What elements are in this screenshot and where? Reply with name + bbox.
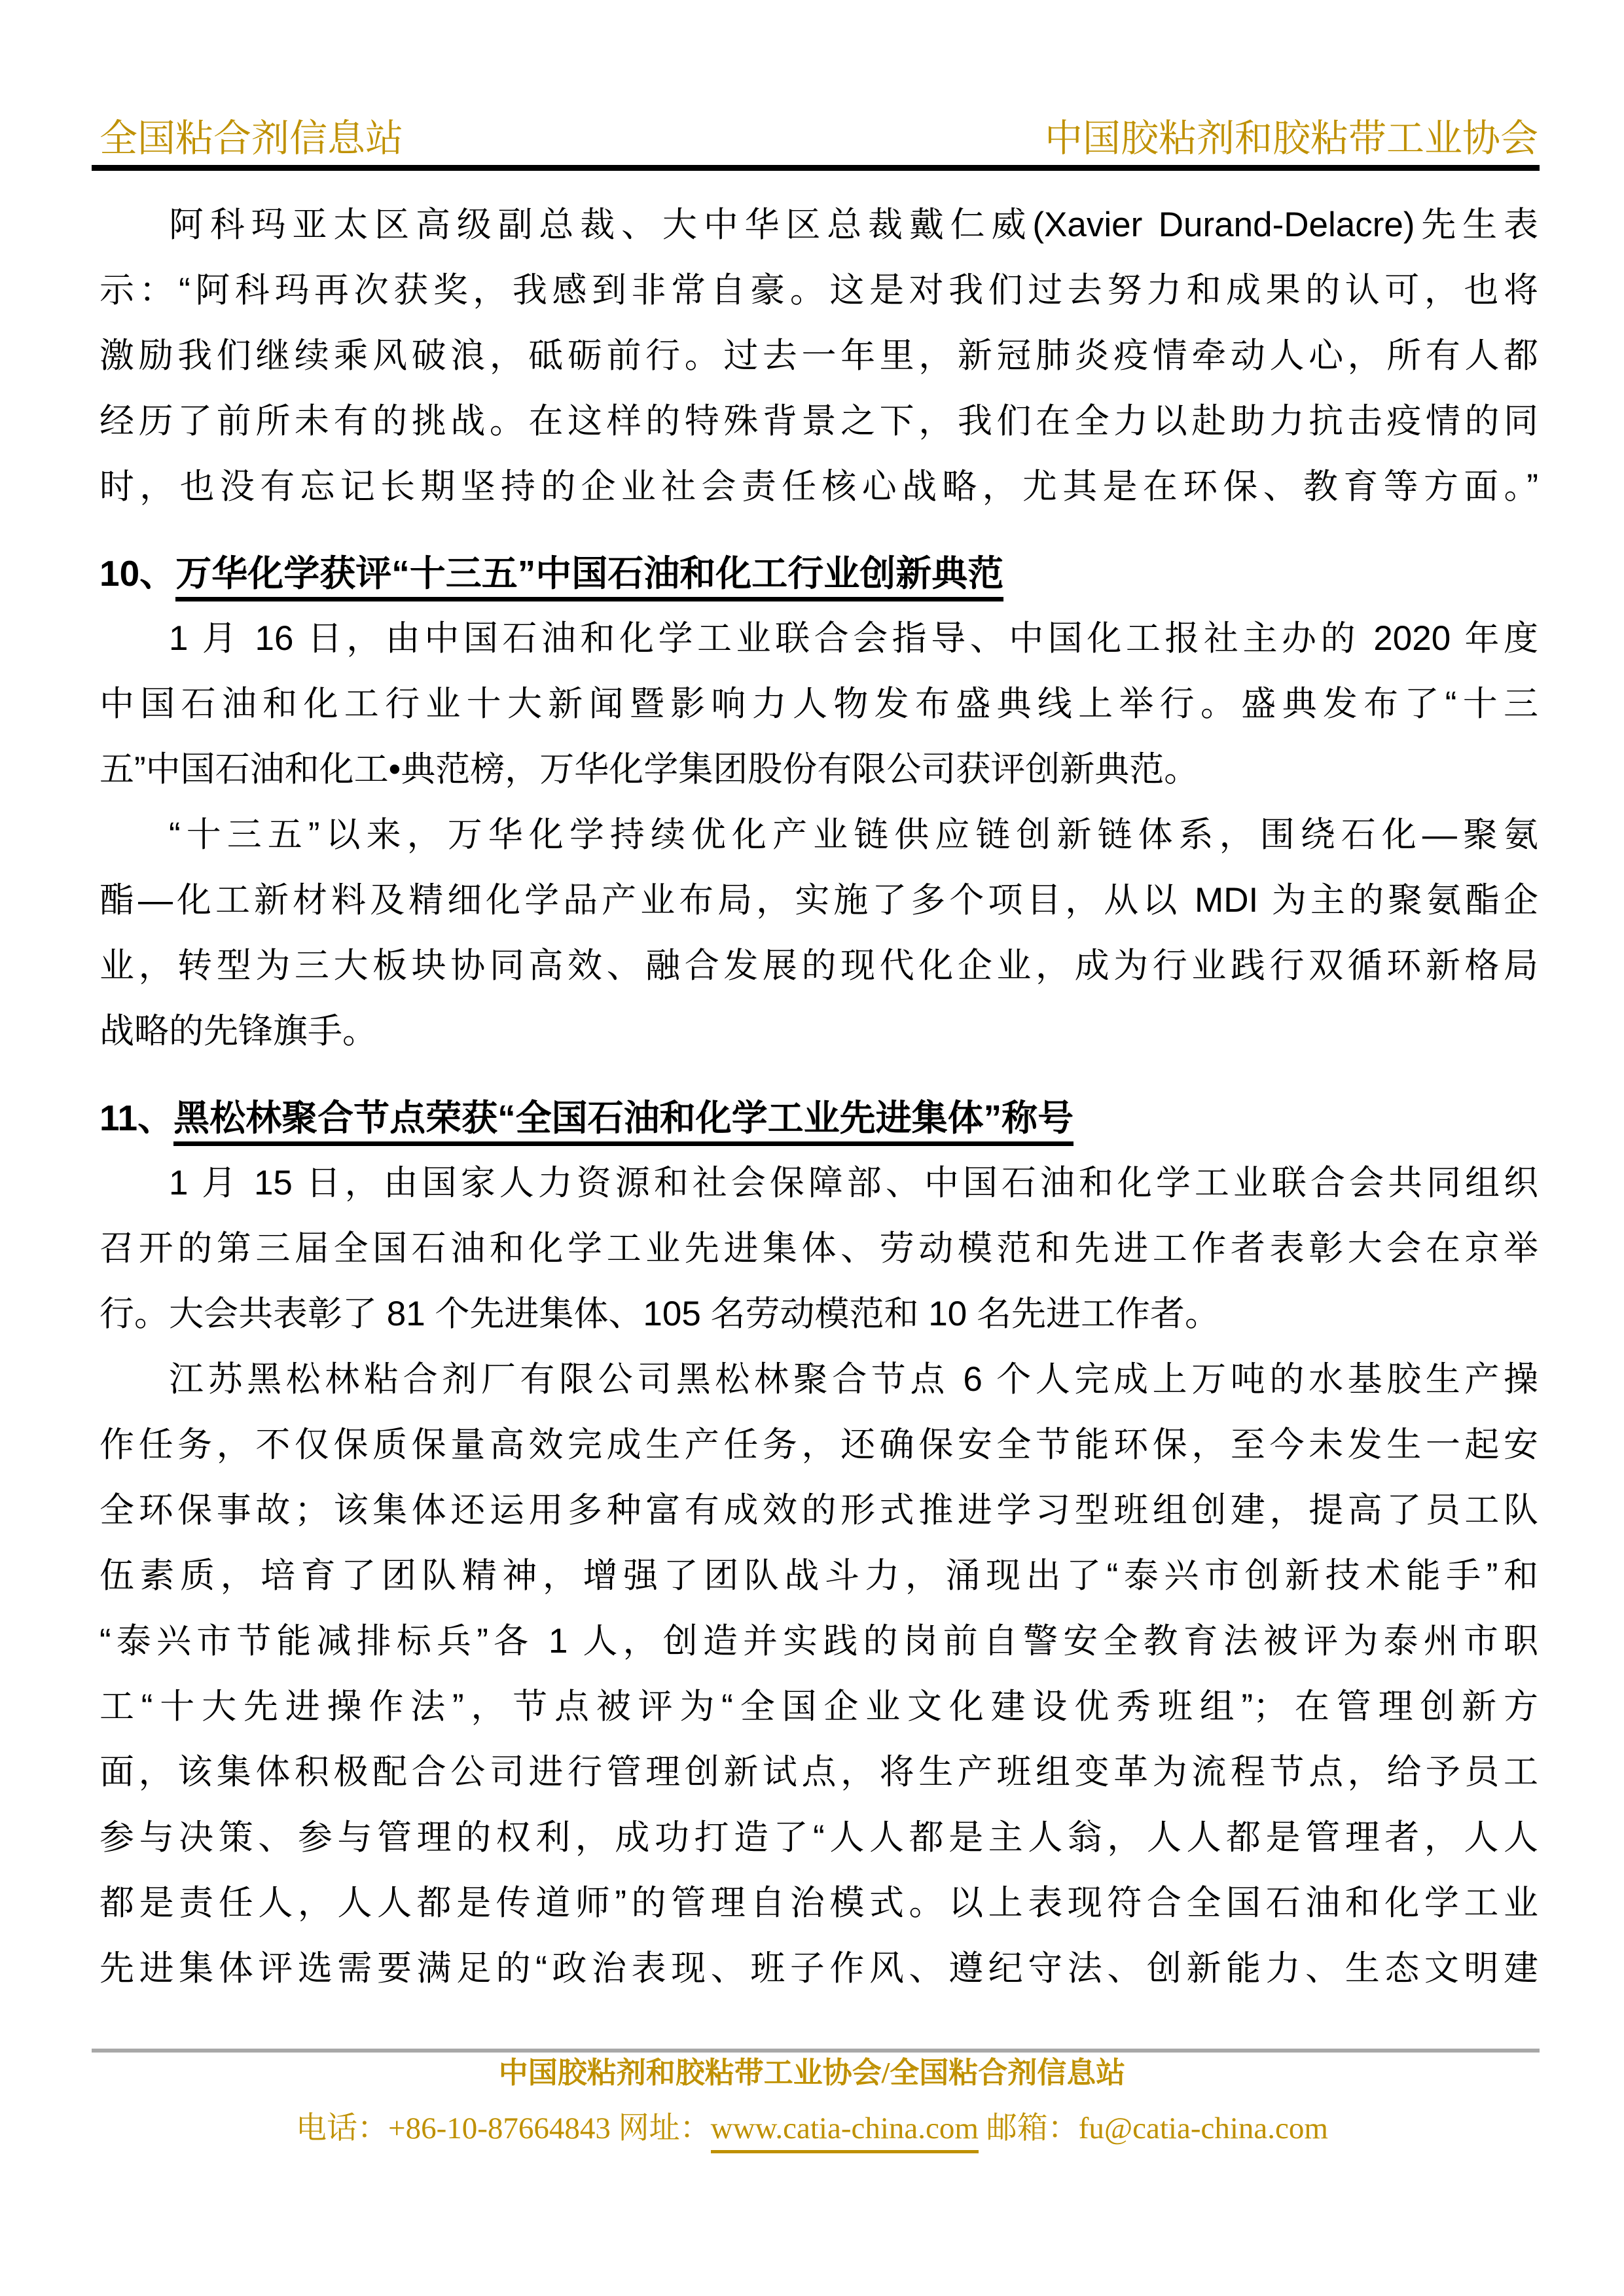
body-line: 伍素质，培育了团队精神，增强了团队战斗力，涌现出了“泰兴市创新技术能手”和 [99,1543,1538,1609]
body-line: 酯—化工新材料及精细化学品产业布局，实施了多个项目，从以 MDI 为主的聚氨酯企 [99,868,1538,933]
section-title: 黑松林聚合节点荣获“全国石油和化学工业先进集体”称号 [173,1098,1074,1146]
page-header: 全国粘合剂信息站 中国胶粘剂和胶粘带工业协会 [99,118,1538,160]
body-line: 江苏黑松林粘合剂厂有限公司黑松林聚合节点 6 个人完成上万吨的水基胶生产操 [99,1347,1538,1412]
header-right-title: 中国胶粘剂和胶粘带工业协会 [1045,118,1538,160]
footer-organization: 中国胶粘剂和胶粘带工业协会/全国粘合剂信息站 [0,2055,1624,2090]
section-number: 10、 [99,553,175,594]
header-divider-line [92,165,1540,171]
body-line: 激励我们继续乘风破浪，砥砺前行。过去一年里，新冠肺炎疫情牵动人心，所有人都 [99,323,1538,389]
body-line: 战略的先锋旗手。 [99,999,1538,1064]
body-line: 经历了前所未有的挑战。在这样的特殊背景之下，我们在全力以赴助力抗击疫情的同 [99,389,1538,454]
document-page: 全国粘合剂信息站 中国胶粘剂和胶粘带工业协会 阿科玛亚太区高级副总裁、大中华区总… [0,0,1624,2296]
body-line: “泰兴市节能减排标兵”各 1 人，创造并实践的岗前自警安全教育法被评为泰州市职 [99,1609,1538,1674]
paragraph-arkema-quote: 阿科玛亚太区高级副总裁、大中华区总裁戴仁威(Xavier Durand-Dela… [99,192,1538,520]
body-line: 面，该集体积极配合公司进行管理创新试点，将生产班组变革为流程节点，给予员工 [99,1740,1538,1805]
paragraph-heisonglin-detail: 江苏黑松林粘合剂厂有限公司黑松林聚合节点 6 个人完成上万吨的水基胶生产操 作任… [99,1347,1538,2001]
section-title: 万华化学获评“十三五”中国石油和化工行业创新典范 [175,553,1003,601]
body-line: 参与决策、参与管理的权利，成功打造了“人人都是主人翁，人人都是管理者，人人 [99,1805,1538,1871]
body-line: 工“十大先进操作法”，节点被评为“全国企业文化建设优秀班组”；在管理创新方 [99,1674,1538,1740]
body-line: 召开的第三届全国石油和化学工业先进集体、劳动模范和先进工作者表彰大会在京举 [99,1216,1538,1282]
body-line: 全环保事故；该集体还运用多种富有成效的形式推进学习型班组创建，提高了员工队 [99,1478,1538,1543]
body-line: 时，也没有忘记长期坚持的企业社会责任核心战略，尤其是在环保、教育等方面。” [99,454,1538,520]
header-left-title: 全国粘合剂信息站 [99,118,403,160]
body-line: 业，转型为三大板块协同高效、融合发展的现代化企业，成为行业践行双循环新格局 [99,933,1538,999]
section-heading-10: 10、万华化学获评“十三五”中国石油和化工行业创新典范 [99,541,1538,606]
section-number: 11、 [99,1098,173,1138]
paragraph-wanhua-strategy: “十三五”以来，万华化学持续优化产业链供应链创新链体系，围绕石化—聚氨 酯—化工… [99,802,1538,1064]
body-line: 先进集体评选需要满足的“政治表现、班子作风、遵纪守法、创新能力、生态文明建 [99,1936,1538,2001]
body-line: 1 月 16 日，由中国石油和化学工业联合会指导、中国化工报社主办的 2020 … [99,606,1538,672]
body-line: 1 月 15 日，由国家人力资源和社会保障部、中国石油和化学工业联合会共同组织 [99,1151,1538,1216]
document-body: 阿科玛亚太区高级副总裁、大中华区总裁戴仁威(Xavier Durand-Dela… [99,192,1538,2001]
footer-divider-line [92,2049,1540,2053]
body-line: 作任务，不仅保质保量高效完成生产任务，还确保安全节能环保，至今未发生一起安 [99,1412,1538,1478]
footer-contact: 电话：+86-10-87664843 网址：www.catia-china.co… [0,2109,1624,2149]
paragraph-award-ceremony: 1 月 15 日，由国家人力资源和社会保障部、中国石油和化学工业联合会共同组织 … [99,1151,1538,1347]
footer-website-link[interactable]: www.catia-china.com [711,2111,979,2153]
footer-phone-label: 电话：+86-10-87664843 网址： [296,2111,711,2145]
body-line: 中国石油和化工行业十大新闻暨影响力人物发布盛典线上举行。盛典发布了“十三 [99,672,1538,737]
footer-email: 邮箱：fu@catia-china.com [979,2111,1328,2145]
body-line: “十三五”以来，万华化学持续优化产业链供应链创新链体系，围绕石化—聚氨 [99,802,1538,868]
paragraph-wanhua-event: 1 月 16 日，由中国石油和化学工业联合会指导、中国化工报社主办的 2020 … [99,606,1538,802]
section-heading-11: 11、黑松林聚合节点荣获“全国石油和化学工业先进集体”称号 [99,1085,1538,1151]
body-line: 五”中国石油和化工•典范榜，万华化学集团股份有限公司获评创新典范。 [99,737,1538,802]
body-line: 行。大会共表彰了 81 个先进集体、105 名劳动模范和 10 名先进工作者。 [99,1282,1538,1347]
body-line: 都是责任人，人人都是传道师”的管理自治模式。以上表现符合全国石油和化学工业 [99,1871,1538,1936]
body-line: 示：“阿科玛再次获奖，我感到非常自豪。这是对我们过去努力和成果的认可，也将 [99,258,1538,323]
body-line: 阿科玛亚太区高级副总裁、大中华区总裁戴仁威(Xavier Durand-Dela… [99,192,1538,258]
